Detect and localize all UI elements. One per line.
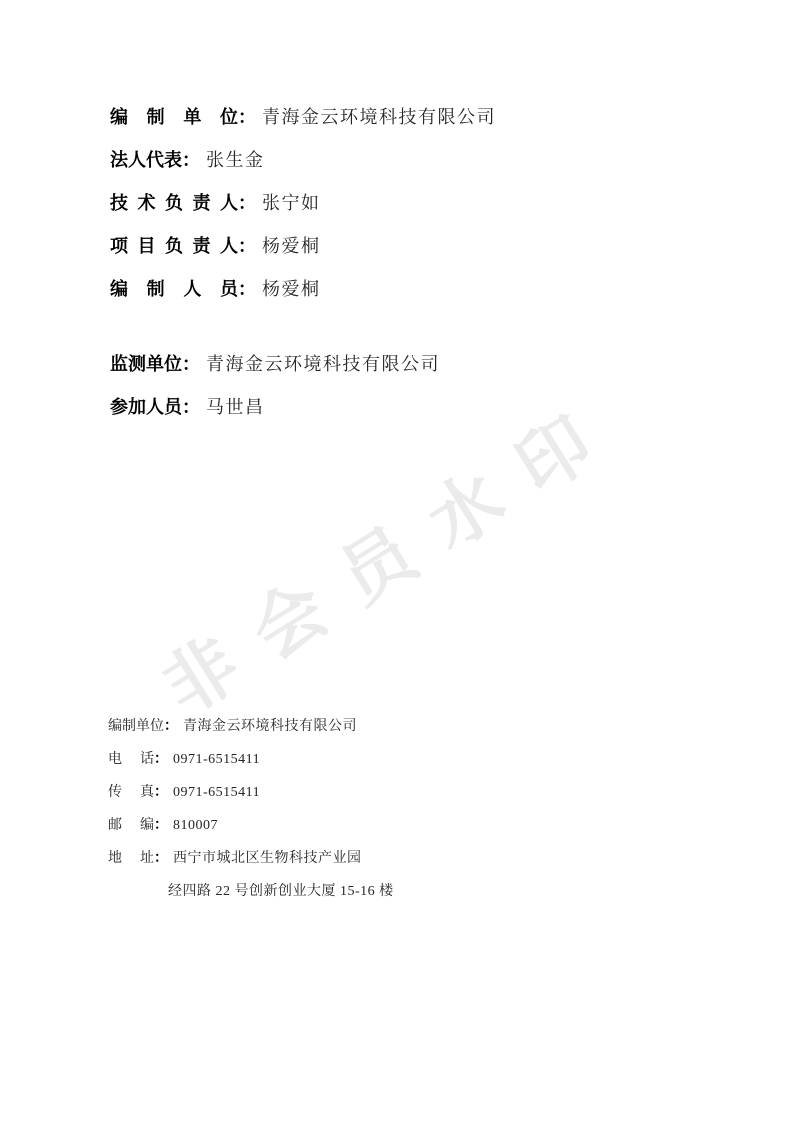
field-label: 传真 bbox=[108, 776, 154, 809]
header-fields-block: 编制单位：青海金云环境科技有限公司 法人代表：张生金 技术负责人：张宁如 项目负… bbox=[110, 96, 496, 311]
field-colon: ： bbox=[154, 785, 168, 800]
field-compiler: 编制人员：杨爱桐 bbox=[110, 268, 496, 311]
field-monitoring-unit: 监测单位：青海金云环境科技有限公司 bbox=[110, 343, 440, 386]
field-label: 电话 bbox=[108, 743, 154, 776]
field-contact-unit: 编制单位：青海金云环境科技有限公司 bbox=[108, 710, 394, 743]
field-label: 法人代表 bbox=[110, 150, 182, 170]
field-colon: ： bbox=[238, 193, 256, 213]
field-value: 青海金云环境科技有限公司 bbox=[183, 719, 357, 734]
field-value: 0971-6515411 bbox=[173, 785, 260, 800]
field-phone: 电话：0971-6515411 bbox=[108, 743, 394, 776]
field-value: 杨爱桐 bbox=[262, 279, 321, 299]
field-colon: ： bbox=[182, 397, 200, 417]
field-label: 地址 bbox=[108, 842, 154, 875]
field-value: 西宁市城北区生物科技产业园 bbox=[173, 851, 362, 866]
field-colon: ： bbox=[154, 851, 168, 866]
monitoring-fields-block: 监测单位：青海金云环境科技有限公司 参加人员：马世昌 bbox=[110, 343, 440, 429]
field-value: 经四路 22 号创新创业大厦 15-16 楼 bbox=[168, 884, 394, 899]
field-value: 0971-6515411 bbox=[173, 752, 260, 767]
field-label: 监测单位 bbox=[110, 354, 182, 374]
contact-block: 编制单位：青海金云环境科技有限公司 电话：0971-6515411 传真：097… bbox=[108, 710, 394, 908]
field-colon: ： bbox=[238, 279, 256, 299]
field-colon: ： bbox=[154, 818, 168, 833]
field-compiling-unit: 编制单位：青海金云环境科技有限公司 bbox=[110, 96, 496, 139]
field-fax: 传真：0971-6515411 bbox=[108, 776, 394, 809]
field-address: 地址：西宁市城北区生物科技产业园 bbox=[108, 842, 394, 875]
field-label: 编制人员 bbox=[110, 268, 238, 311]
document-page: 非会员水印 编制单位：青海金云环境科技有限公司 法人代表：张生金 技术负责人：张… bbox=[0, 0, 793, 1122]
field-colon: ： bbox=[238, 107, 256, 127]
field-value: 青海金云环境科技有限公司 bbox=[206, 354, 440, 374]
field-legal-representative: 法人代表：张生金 bbox=[110, 139, 496, 182]
field-label: 编制单位 bbox=[110, 96, 238, 139]
field-value: 810007 bbox=[173, 818, 218, 833]
field-label: 技术负责人 bbox=[110, 182, 238, 225]
field-label: 邮编 bbox=[108, 809, 154, 842]
field-colon: ： bbox=[164, 719, 178, 734]
field-address-line2: 经四路 22 号创新创业大厦 15-16 楼 bbox=[108, 875, 394, 908]
field-value: 张宁如 bbox=[262, 193, 321, 213]
field-value: 杨爱桐 bbox=[262, 236, 321, 256]
field-colon: ： bbox=[238, 236, 256, 256]
field-colon: ： bbox=[154, 752, 168, 767]
field-value: 青海金云环境科技有限公司 bbox=[262, 107, 496, 127]
field-colon: ： bbox=[182, 150, 200, 170]
field-value: 张生金 bbox=[206, 150, 265, 170]
field-label: 项目负责人 bbox=[110, 225, 238, 268]
field-colon: ： bbox=[182, 354, 200, 374]
field-label: 编制单位 bbox=[108, 719, 164, 734]
field-project-director: 项目负责人：杨爱桐 bbox=[110, 225, 496, 268]
field-participants: 参加人员：马世昌 bbox=[110, 386, 440, 429]
field-label: 参加人员 bbox=[110, 397, 182, 417]
field-value: 马世昌 bbox=[206, 397, 265, 417]
field-technical-director: 技术负责人：张宁如 bbox=[110, 182, 496, 225]
field-postal-code: 邮编：810007 bbox=[108, 809, 394, 842]
